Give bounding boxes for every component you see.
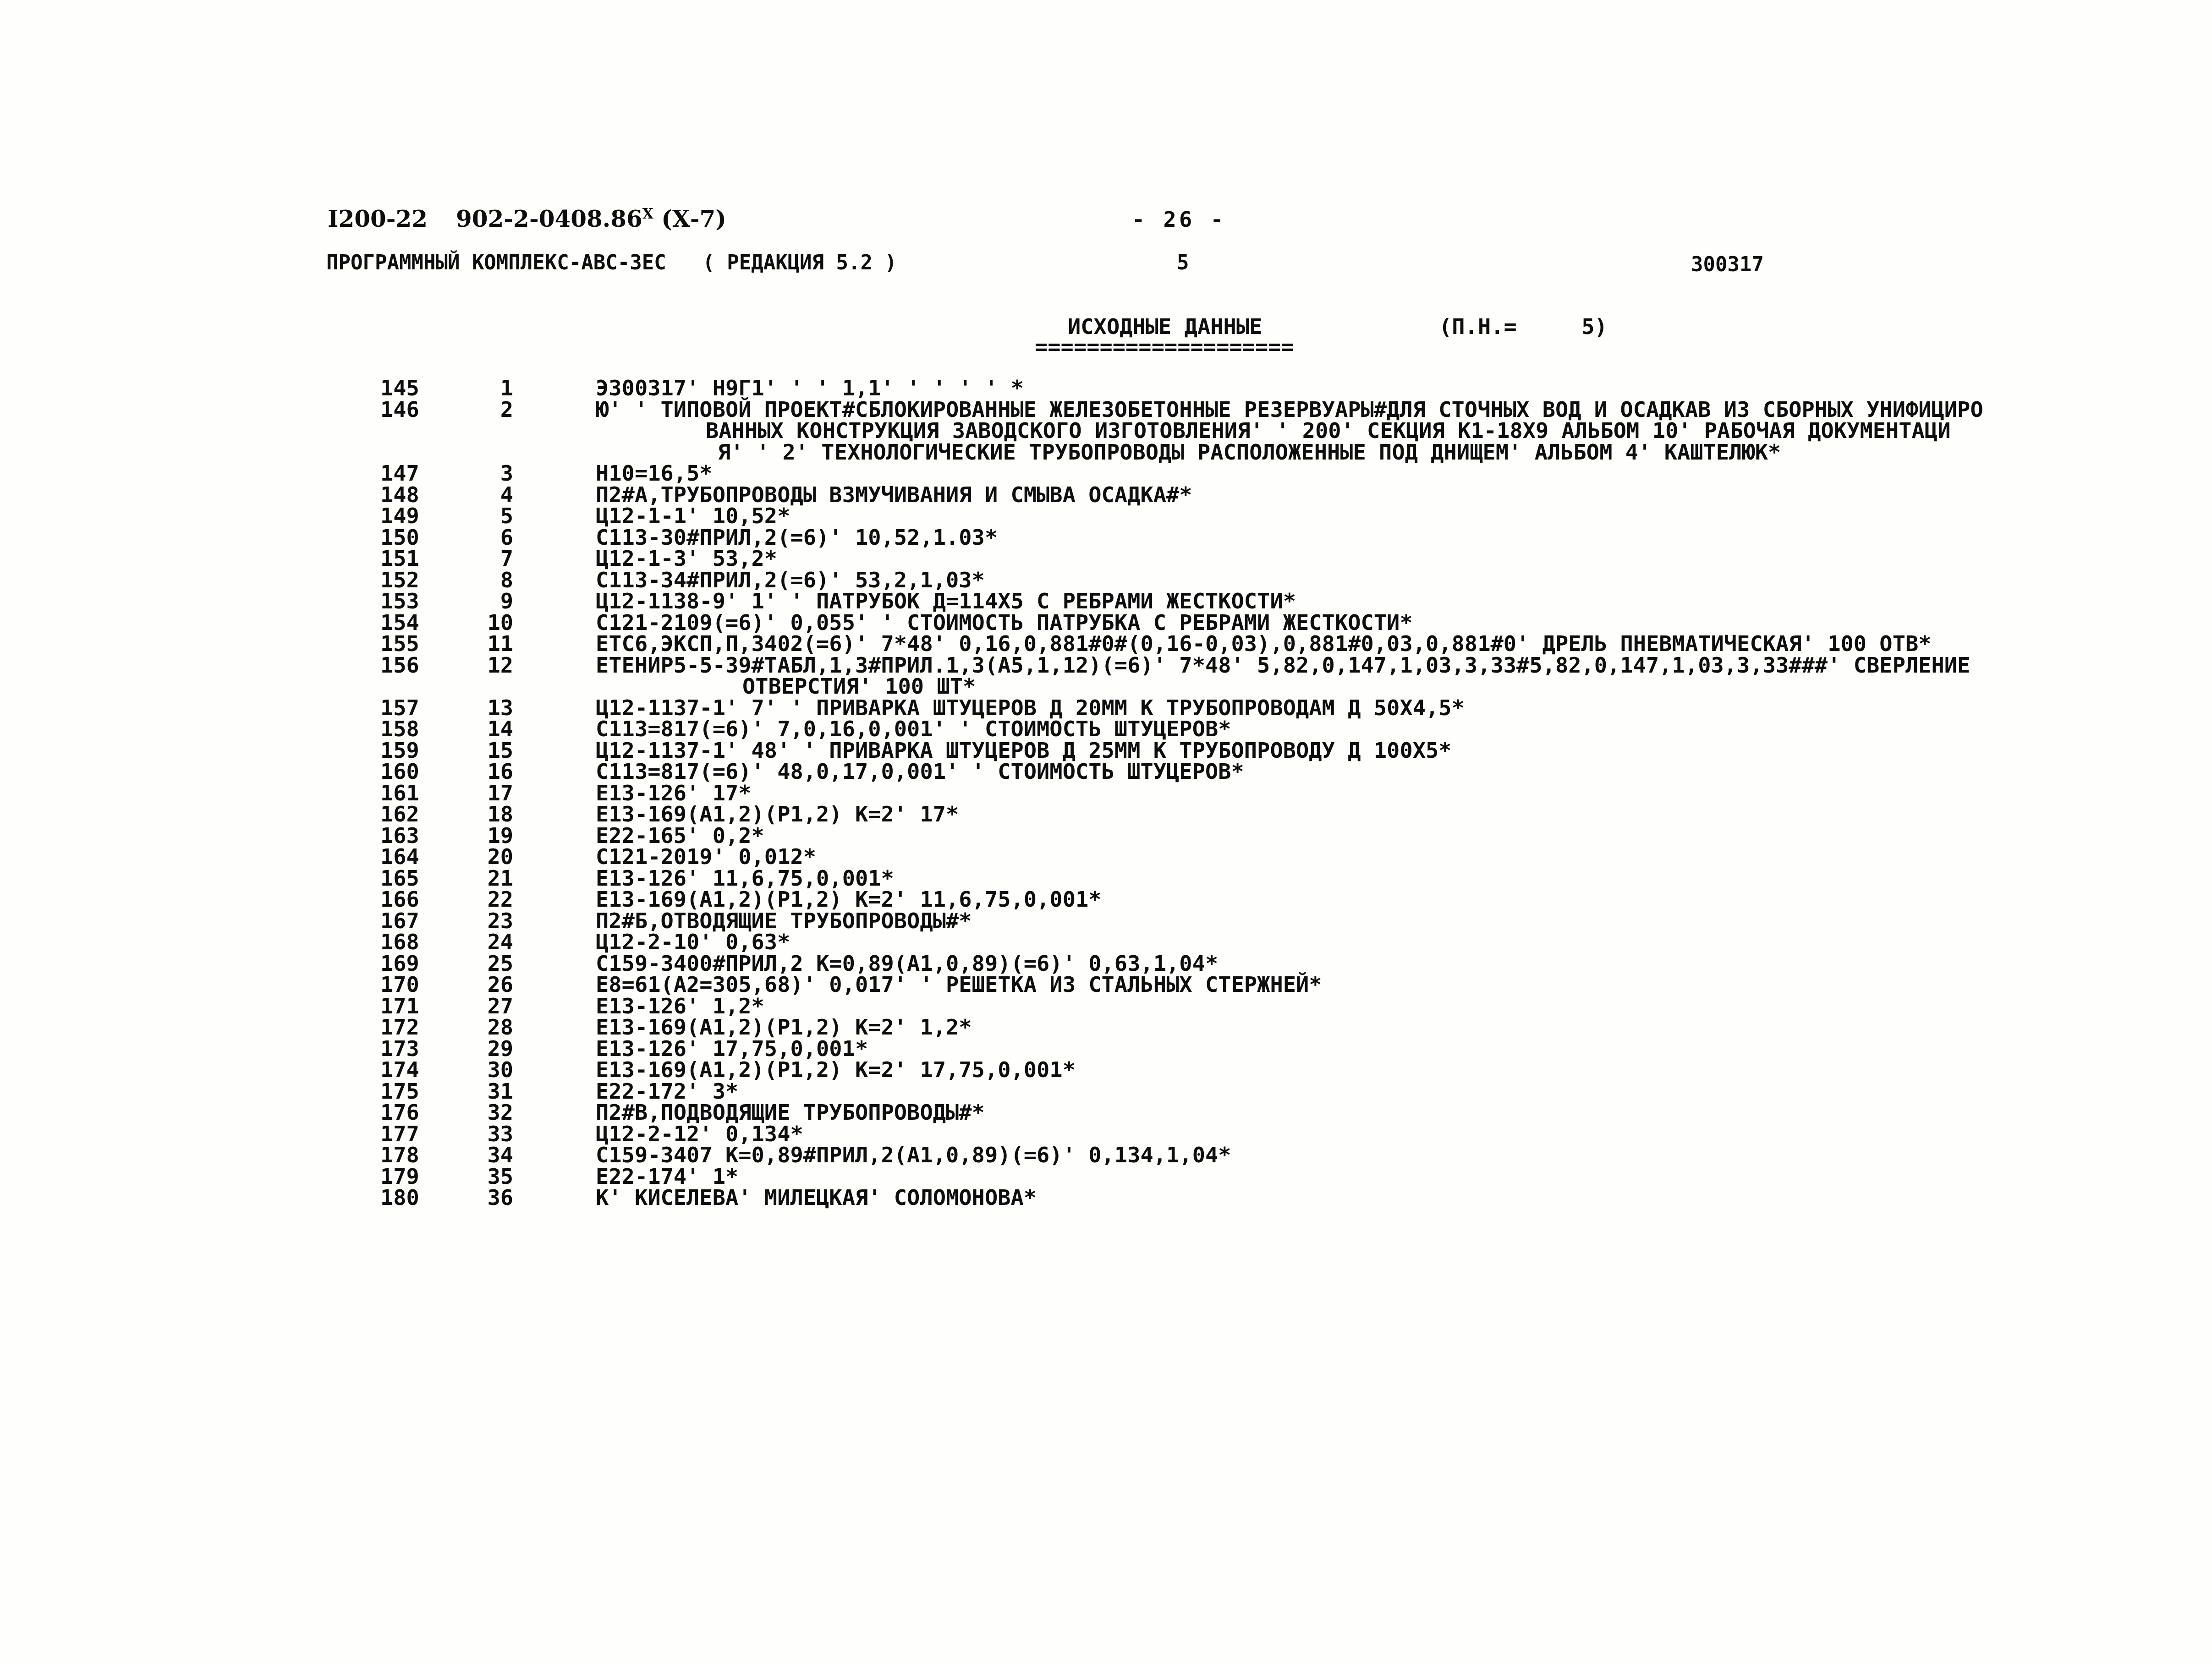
program-complex-line: ПРОГРАММНЫЙ КОМПЛЕКС-АВС-ЗЕС ( РЕДАКЦИЯ … bbox=[326, 251, 897, 274]
listing-row: 17127Е13-126' 1,2* bbox=[0, 994, 2212, 1015]
listing-row: 16622Е13-169(А1,2)(Р1,2) К=2' 11,6,75,0,… bbox=[0, 887, 2212, 909]
listing-row: 16824Ц12-2-10' 0,63* bbox=[0, 930, 2212, 951]
listing-row: 15713Ц12-1137-1' 7' ' ПРИВАРКА ШТУЦЕРОВ … bbox=[0, 695, 2212, 717]
page-number: - 26 - bbox=[1132, 207, 1226, 232]
listing-row: 17430Е13-169(А1,2)(Р1,2) К=2' 17,75,0,00… bbox=[0, 1057, 2212, 1079]
document-id: I200-22 bbox=[328, 205, 428, 232]
listing-row: 1506С113-30#ПРИЛ,2(=6)' 10,52,1.03* bbox=[0, 525, 2212, 547]
document-code-suffix: (Х-7) bbox=[653, 205, 726, 232]
listing-row-continuation: ВАННЫХ КОНСТРУКЦИЯ ЗАВОДСКОГО ИЗГОТОВЛЕН… bbox=[0, 418, 2212, 440]
listing-row: 16420С121-2019' 0,012* bbox=[0, 844, 2212, 866]
document-code-base: 902-2-0408.86 bbox=[456, 205, 642, 232]
listing-row: 1484П2#А,ТРУБОПРОВОДЫ ВЗМУЧИВАНИЯ И СМЫВ… bbox=[0, 482, 2212, 504]
listing-row: 17935Е22-174' 1* bbox=[0, 1164, 2212, 1186]
listing-row: 17329Е13-126' 17,75,0,001* bbox=[0, 1036, 2212, 1058]
listing-row: 16319Е22-165' 0,2* bbox=[0, 823, 2212, 845]
listing-row: 1451Э300317' Н9Г1' ' ' 1,1' ' ' ' ' * bbox=[0, 376, 2212, 397]
sequence-number: 36 bbox=[449, 1185, 513, 1210]
listing-row: 17834С159-3407 К=0,89#ПРИЛ,2(А1,0,89)(=6… bbox=[0, 1143, 2212, 1164]
listing-row: 17531Е22-172' 3* bbox=[0, 1079, 2212, 1100]
document-code-superscript: X bbox=[642, 206, 653, 222]
listing-row: 16117Е13-126' 17* bbox=[0, 781, 2212, 802]
listing-row: 16016С113=817(=6)' 48,0,17,0,001' ' СТОИ… bbox=[0, 759, 2212, 781]
listing-row-continuation: ОТВЕРСТИЯ' 100 ШТ* bbox=[0, 674, 2212, 695]
listing-row: 16925С159-3400#ПРИЛ,2 К=0,89(А1,0,89)(=6… bbox=[0, 951, 2212, 973]
section-title-divider: ==================== bbox=[1035, 334, 1294, 360]
listing-row: 1528С113-34#ПРИЛ,2(=6)' 53,2,1,03* bbox=[0, 568, 2212, 589]
sheet-number: 5 bbox=[1177, 251, 1189, 274]
listing-row: 15612ЕТЕНИР5-5-39#ТАБЛ,1,3#ПРИЛ.1,3(А5,1… bbox=[0, 653, 2212, 674]
listing-row: 15814С113=817(=6)' 7,0,16,0,001' ' СТОИМ… bbox=[0, 717, 2212, 738]
listing-row: 15410С121-2109(=6)' 0,055' ' СТОИМОСТЬ П… bbox=[0, 610, 2212, 632]
listing-row: 18036К' КИСЕЛЕВА' МИЛЕЦКАЯ' СОЛОМОНОВА* bbox=[0, 1185, 2212, 1207]
listing-row: 1495Ц12-1-1' 10,52* bbox=[0, 504, 2212, 525]
listing-row: 17026Е8=61(А2=305,68)' 0,017' ' РЕШЕТКА … bbox=[0, 972, 2212, 994]
listing-row: 16521Е13-126' 11,6,75,0,001* bbox=[0, 866, 2212, 887]
listing-row: 15915Ц12-1137-1' 48' ' ПРИВАРКА ШТУЦЕРОВ… bbox=[0, 738, 2212, 760]
listing-row: 16723П2#Б,ОТВОДЯЩИЕ ТРУБОПРОВОДЫ#* bbox=[0, 909, 2212, 930]
listing-row: 17733Ц12-2-12' 0,134* bbox=[0, 1122, 2212, 1143]
listing-row: 1539Ц12-1138-9' 1' ' ПАТРУБОК Д=114Х5 С … bbox=[0, 589, 2212, 610]
listing-row: 1462Ю' ' ТИПОВОЙ ПРОЕКТ#СБЛОКИРОВАННЫЕ Ж… bbox=[0, 397, 2212, 419]
listing-row: 15511ЕТС6,ЭКСП,П,3402(=6)' 7*48' 0,16,0,… bbox=[0, 631, 2212, 653]
listing-row: 16218Е13-169(А1,2)(Р1,2) К=2' 17* bbox=[0, 802, 2212, 823]
line-number: 180 bbox=[380, 1185, 419, 1210]
listing-row-continuation: Я' ' 2' ТЕХНОЛОГИЧЕСКИЕ ТРУБОПРОВОДЫ РАС… bbox=[0, 440, 2212, 461]
listing-row: 17632П2#В,ПОДВОДЯЩИЕ ТРУБОПРОВОДЫ#* bbox=[0, 1100, 2212, 1122]
listing-row: 1517Ц12-1-3' 53,2* bbox=[0, 546, 2212, 568]
code-text: К' КИСЕЛЕВА' МИЛЕЦКАЯ' СОЛОМОНОВА* bbox=[596, 1185, 1037, 1210]
object-code: 300317 bbox=[1691, 253, 1764, 276]
listing-row: 1473Н10=16,5* bbox=[0, 461, 2212, 482]
document-code: 902-2-0408.86X (Х-7) bbox=[456, 205, 726, 232]
listing-row: 17228Е13-169(А1,2)(Р1,2) К=2' 1,2* bbox=[0, 1015, 2212, 1036]
scanned-printout-page: { "header": { "doc_id": "I200-22", "doc_… bbox=[0, 0, 2212, 1664]
section-right-note: (П.Н.= 5) bbox=[1439, 314, 1608, 339]
